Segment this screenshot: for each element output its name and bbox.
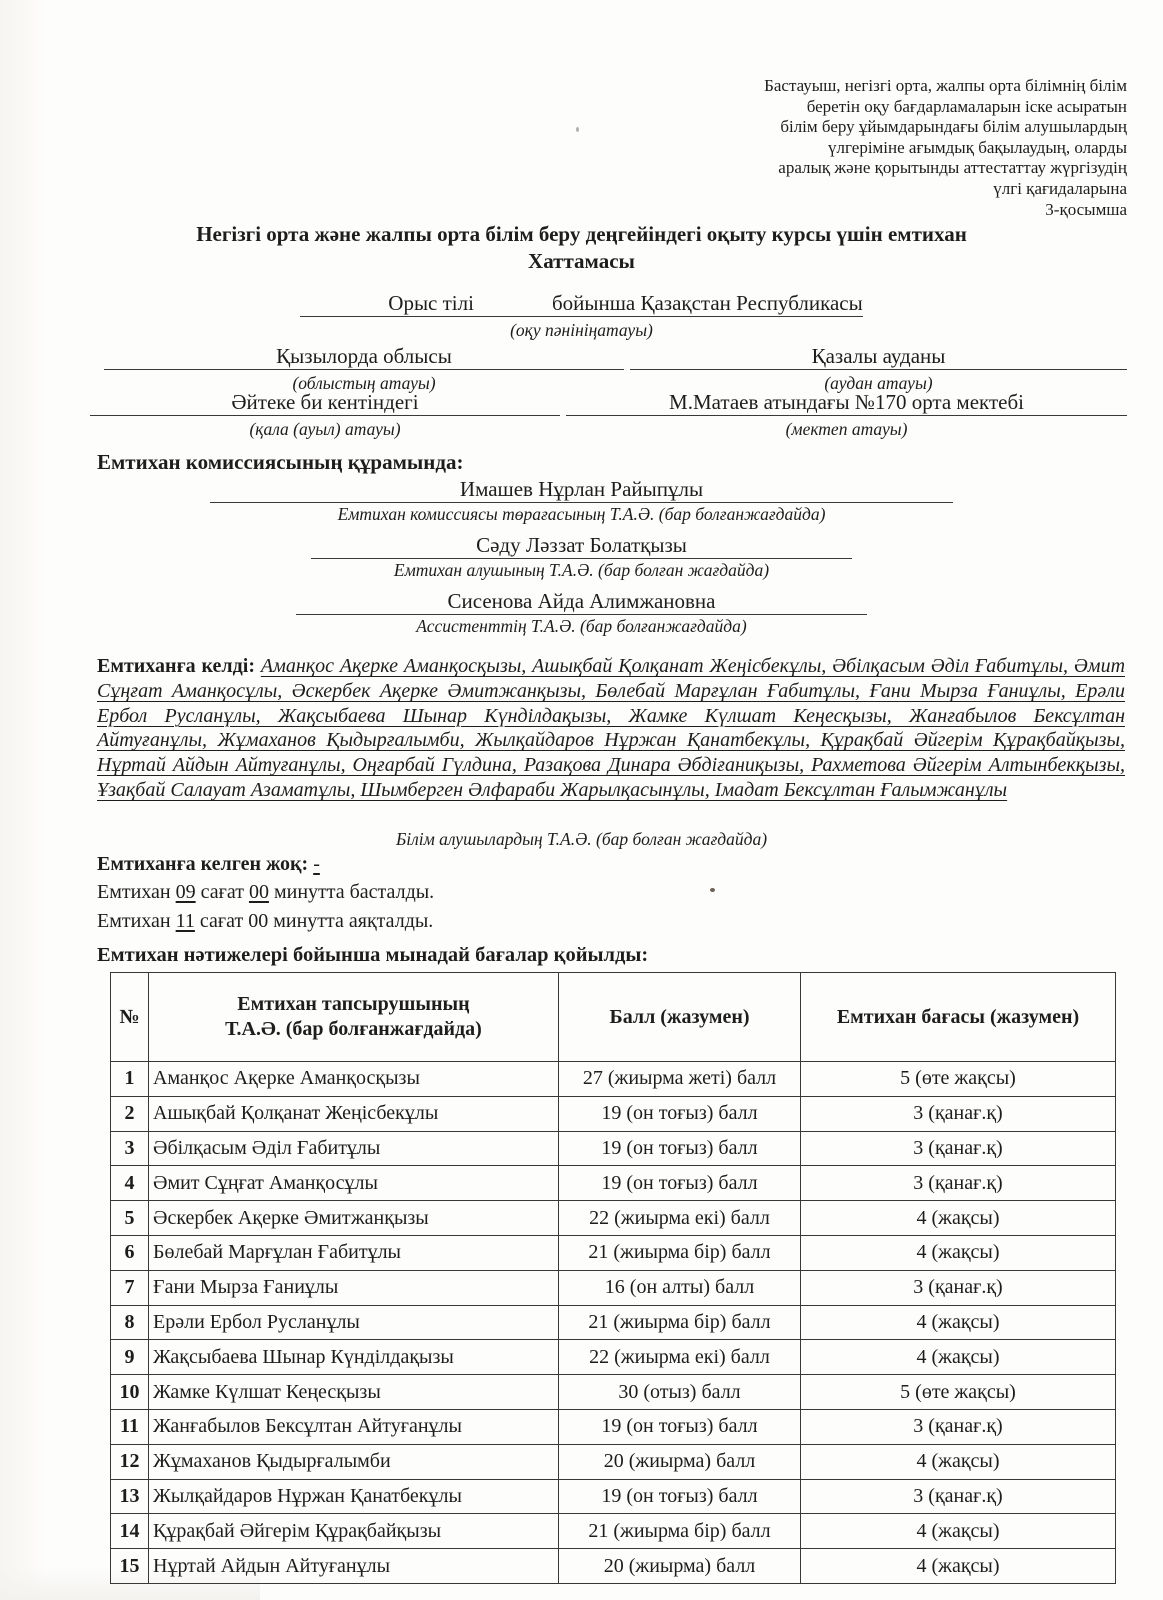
- examiner-field-label: Емтихан алушының Т.А.Ә. (бар болған жағд…: [0, 560, 1163, 581]
- start-minute: 00: [249, 881, 269, 903]
- grade-cell: 3 (қанағ.қ): [801, 1166, 1116, 1201]
- student-name-cell: Жамке Күлшат Кеңесқызы: [149, 1375, 559, 1410]
- word: минутта аяқталды.: [273, 910, 433, 932]
- regulation-reference-block: Бастауыш, негізгі орта, жалпы орта білім…: [697, 76, 1127, 220]
- column-header-student-line1: Емтихан тапсырушының: [153, 992, 554, 1017]
- scan-speck: [576, 127, 579, 132]
- chairman-name: Имашев Нұрлан Райыпұлы: [210, 477, 953, 503]
- grade-cell: 4 (жақсы): [801, 1514, 1116, 1549]
- grade-cell: 4 (жақсы): [801, 1235, 1116, 1270]
- grade-cell: 3 (қанағ.қ): [801, 1479, 1116, 1514]
- table-row: 9Жақсыбаева Шынар Күнділдақызы22 (жиырма…: [111, 1340, 1116, 1375]
- start-hour: 09: [176, 881, 196, 903]
- row-number-cell: 6: [111, 1235, 149, 1270]
- score-cell: 16 (он алты) балл: [559, 1270, 801, 1305]
- regulation-line: білім беру ұйымдарындағы білім алушылард…: [697, 117, 1127, 138]
- column-header-number: №: [111, 973, 149, 1062]
- student-name-cell: Әмит Сұңғат Аманқосұлы: [149, 1166, 559, 1201]
- table-row: 10Жамке Күлшат Кеңесқызы30 (отыз) балл5 …: [111, 1375, 1116, 1410]
- table-row: 7Ғани Мырза Ғаниұлы16 (он алты) балл3 (қ…: [111, 1270, 1116, 1305]
- settlement-value: Әйтеке би кентіндегі: [90, 390, 560, 416]
- table-row: 4Әмит Сұңғат Аманқосұлы19 (он тоғыз) бал…: [111, 1166, 1116, 1201]
- results-heading: Емтихан нәтижелері бойынша мынадай бағал…: [97, 944, 648, 967]
- exam-start-line: Емтихан 09 сағат 00 минутта басталды.: [97, 881, 434, 904]
- region-value: Қызылорда облысы: [104, 344, 624, 370]
- word: минутта басталды.: [274, 881, 434, 903]
- grade-cell: 4 (жақсы): [801, 1201, 1116, 1236]
- table-row: 8Ерәли Ербол Русланұлы21 (жиырма бір) ба…: [111, 1305, 1116, 1340]
- absent-line: Емтиханға келген жоқ: -: [97, 853, 320, 876]
- row-number-cell: 14: [111, 1514, 149, 1549]
- settlement-school-labels: (қала (ауыл) атауы) (мектеп атауы): [90, 419, 1127, 440]
- word: Емтихан: [97, 910, 171, 932]
- score-cell: 30 (отыз) балл: [559, 1375, 801, 1410]
- row-number-cell: 5: [111, 1201, 149, 1236]
- score-cell: 19 (он тоғыз) балл: [559, 1096, 801, 1131]
- scan-speck: [710, 888, 715, 892]
- regulation-line: аралық және қорытынды аттестаттау жүргіз…: [697, 158, 1127, 179]
- row-number-cell: 11: [111, 1409, 149, 1444]
- grade-cell: 4 (жақсы): [801, 1340, 1116, 1375]
- student-name-cell: Жанғабылов Бексұлтан Айтуғанұлы: [149, 1409, 559, 1444]
- table-row: 15Нұртай Айдын Айтуғанұлы20 (жиырма) бал…: [111, 1549, 1116, 1584]
- grade-cell: 4 (жақсы): [801, 1549, 1116, 1584]
- student-name-cell: Жұмаханов Қыдырғалымби: [149, 1444, 559, 1479]
- grade-cell: 5 (өте жақсы): [801, 1375, 1116, 1410]
- grade-cell: 4 (жақсы): [801, 1305, 1116, 1340]
- student-name-cell: Нұртай Айдын Айтуғанұлы: [149, 1549, 559, 1584]
- results-table-body: 1Аманқос Ақерке Аманқосқызы27 (жиырма же…: [111, 1062, 1116, 1584]
- word: сағат: [200, 910, 243, 932]
- score-cell: 19 (он тоғыз) балл: [559, 1409, 801, 1444]
- student-name-cell: Бөлебай Марғұлан Ғабитұлы: [149, 1235, 559, 1270]
- row-number-cell: 3: [111, 1131, 149, 1166]
- table-row: 5Әскербек Ақерке Әмитжанқызы22 (жиырма е…: [111, 1201, 1116, 1236]
- absent-label: Емтиханға келген жоқ:: [97, 853, 308, 875]
- row-number-cell: 4: [111, 1166, 149, 1201]
- table-row: 3Әбілқасым Әділ Ғабитұлы19 (он тоғыз) ба…: [111, 1131, 1116, 1166]
- header-row: № Емтихан тапсырушының Т.А.Ә. (бар болға…: [111, 973, 1116, 1062]
- row-number-cell: 8: [111, 1305, 149, 1340]
- end-minute: 00: [248, 910, 268, 932]
- table-row: 6Бөлебай Марғұлан Ғабитұлы21 (жиырма бір…: [111, 1235, 1116, 1270]
- region-district-row: Қызылорда облысы Қазалы ауданы: [104, 344, 1127, 370]
- attended-field-label: Білім алушылардың Т.А.Ә. (бар болған жағ…: [0, 829, 1163, 850]
- chairman-field-label: Емтихан комиссиясы төрағасының Т.А.Ә. (б…: [0, 504, 1163, 525]
- score-cell: 22 (жиырма екі) балл: [559, 1340, 801, 1375]
- row-number-cell: 1: [111, 1062, 149, 1097]
- results-table: № Емтихан тапсырушының Т.А.Ә. (бар болға…: [110, 972, 1116, 1584]
- row-number-cell: 7: [111, 1270, 149, 1305]
- score-cell: 21 (жиырма бір) балл: [559, 1305, 801, 1340]
- absent-value: -: [313, 853, 320, 875]
- row-number-cell: 2: [111, 1096, 149, 1131]
- student-name-cell: Жақсыбаева Шынар Күнділдақызы: [149, 1340, 559, 1375]
- score-cell: 21 (жиырма бір) балл: [559, 1235, 801, 1270]
- regulation-line: беретін оқу бағдарламаларын іске асыраты…: [697, 97, 1127, 118]
- row-number-cell: 10: [111, 1375, 149, 1410]
- score-cell: 19 (он тоғыз) балл: [559, 1166, 801, 1201]
- school-value: М.Матаев атындағы №170 орта мектебі: [566, 390, 1127, 416]
- column-header-student: Емтихан тапсырушының Т.А.Ә. (бар болғанж…: [149, 973, 559, 1062]
- table-row: 2Ашықбай Қолқанат Жеңісбекұлы19 (он тоғы…: [111, 1096, 1116, 1131]
- student-name-cell: Ғани Мырза Ғаниұлы: [149, 1270, 559, 1305]
- subject-field-label: (оқу пәнініңатауы): [0, 320, 1163, 341]
- chairman-name-row: Имашев Нұрлан Райыпұлы: [0, 477, 1163, 503]
- regulation-line: үлгі қағидаларына: [697, 179, 1127, 200]
- row-number-cell: 13: [111, 1479, 149, 1514]
- student-name-cell: Ерәли Ербол Русланұлы: [149, 1305, 559, 1340]
- grade-cell: 3 (қанағ.қ): [801, 1096, 1116, 1131]
- subject-line: Орыс тілібойынша Қазақстан Республикасы: [0, 291, 1163, 317]
- examiner-name: Сәду Ләззат Болатқызы: [311, 533, 852, 559]
- results-table-header: № Емтихан тапсырушының Т.А.Ә. (бар болға…: [111, 973, 1116, 1062]
- commission-heading: Емтихан комиссиясының құрамында:: [97, 450, 464, 475]
- student-name-cell: Әскербек Ақерке Әмитжанқызы: [149, 1201, 559, 1236]
- district-value: Қазалы ауданы: [630, 344, 1127, 370]
- score-cell: 27 (жиырма жеті) балл: [559, 1062, 801, 1097]
- student-name-cell: Жылқайдаров Нұржан Қанатбекұлы: [149, 1479, 559, 1514]
- table-row: 11Жанғабылов Бексұлтан Айтуғанұлы19 (он …: [111, 1409, 1116, 1444]
- attended-paragraph: Емтиханға келді: Аманқос Ақерке Аманқосқ…: [97, 654, 1125, 803]
- assistant-name: Сисенова Айда Алимжановна: [296, 589, 868, 615]
- regulation-line: үлгеріміне ағымдық бақылаудың, оларды: [697, 138, 1127, 159]
- student-name-cell: Ашықбай Қолқанат Жеңісбекұлы: [149, 1096, 559, 1131]
- assistant-field-label: Ассистенттің Т.А.Ә. (бар болғанжағдайда): [0, 616, 1163, 637]
- grade-cell: 3 (қанағ.қ): [801, 1409, 1116, 1444]
- settlement-field-label: (қала (ауыл) атауы): [90, 419, 560, 440]
- document-title-line2: Хаттамасы: [0, 248, 1163, 275]
- row-number-cell: 12: [111, 1444, 149, 1479]
- regulation-line: Бастауыш, негізгі орта, жалпы орта білім…: [697, 76, 1127, 97]
- exam-end-line: Емтихан 11 сағат 00 минутта аяқталды.: [97, 910, 433, 933]
- student-name-cell: Құрақбай Әйгерім Құрақбайқызы: [149, 1514, 559, 1549]
- table-row: 12Жұмаханов Қыдырғалымби20 (жиырма) балл…: [111, 1444, 1116, 1479]
- score-cell: 19 (он тоғыз) балл: [559, 1479, 801, 1514]
- score-cell: 19 (он тоғыз) балл: [559, 1131, 801, 1166]
- regulation-annex-number: 3-қосымша: [697, 200, 1127, 221]
- word: Емтихан: [97, 881, 171, 903]
- school-field-label: (мектеп атауы): [566, 419, 1127, 440]
- row-number-cell: 15: [111, 1549, 149, 1584]
- row-number-cell: 9: [111, 1340, 149, 1375]
- student-name-cell: Әбілқасым Әділ Ғабитұлы: [149, 1131, 559, 1166]
- table-row: 13Жылқайдаров Нұржан Қанатбекұлы19 (он т…: [111, 1479, 1116, 1514]
- examiner-name-row: Сәду Ләззат Болатқызы: [0, 533, 1163, 559]
- grade-cell: 3 (қанағ.қ): [801, 1131, 1116, 1166]
- table-row: 1Аманқос Ақерке Аманқосқызы27 (жиырма же…: [111, 1062, 1116, 1097]
- settlement-school-row: Әйтеке би кентіндегі М.Матаев атындағы №…: [90, 390, 1127, 416]
- end-hour: 11: [176, 910, 195, 932]
- column-header-grade: Емтихан бағасы (жазумен): [801, 973, 1116, 1062]
- grade-cell: 3 (қанағ.қ): [801, 1270, 1116, 1305]
- column-header-score: Балл (жазумен): [559, 973, 801, 1062]
- document-title: Негізгі орта және жалпы орта білім беру …: [0, 221, 1163, 275]
- score-cell: 20 (жиырма) балл: [559, 1549, 801, 1584]
- grade-cell: 4 (жақсы): [801, 1444, 1116, 1479]
- results-table-container: № Емтихан тапсырушының Т.А.Ә. (бар болға…: [110, 972, 1116, 1584]
- table-row: 14Құрақбай Әйгерім Құрақбайқызы21 (жиырм…: [111, 1514, 1116, 1549]
- grade-cell: 5 (өте жақсы): [801, 1062, 1116, 1097]
- document-title-line1: Негізгі орта және жалпы орта білім беру …: [0, 221, 1163, 248]
- score-cell: 21 (жиырма бір) балл: [559, 1514, 801, 1549]
- word: сағат: [201, 881, 244, 903]
- attended-label: Емтиханға келді:: [97, 655, 255, 677]
- column-header-student-line2: Т.А.Ә. (бар болғанжағдайда): [153, 1017, 554, 1042]
- student-name-cell: Аманқос Ақерке Аманқосқызы: [149, 1062, 559, 1097]
- assistant-name-row: Сисенова Айда Алимжановна: [0, 589, 1163, 615]
- score-cell: 20 (жиырма) балл: [559, 1444, 801, 1479]
- subject-value: Орыс тілі: [388, 291, 474, 315]
- scanned-exam-protocol-page: Бастауыш, негізгі орта, жалпы орта білім…: [0, 0, 1163, 1600]
- score-cell: 22 (жиырма екі) балл: [559, 1201, 801, 1236]
- subject-rest: бойынша Қазақстан Республикасы: [552, 291, 863, 315]
